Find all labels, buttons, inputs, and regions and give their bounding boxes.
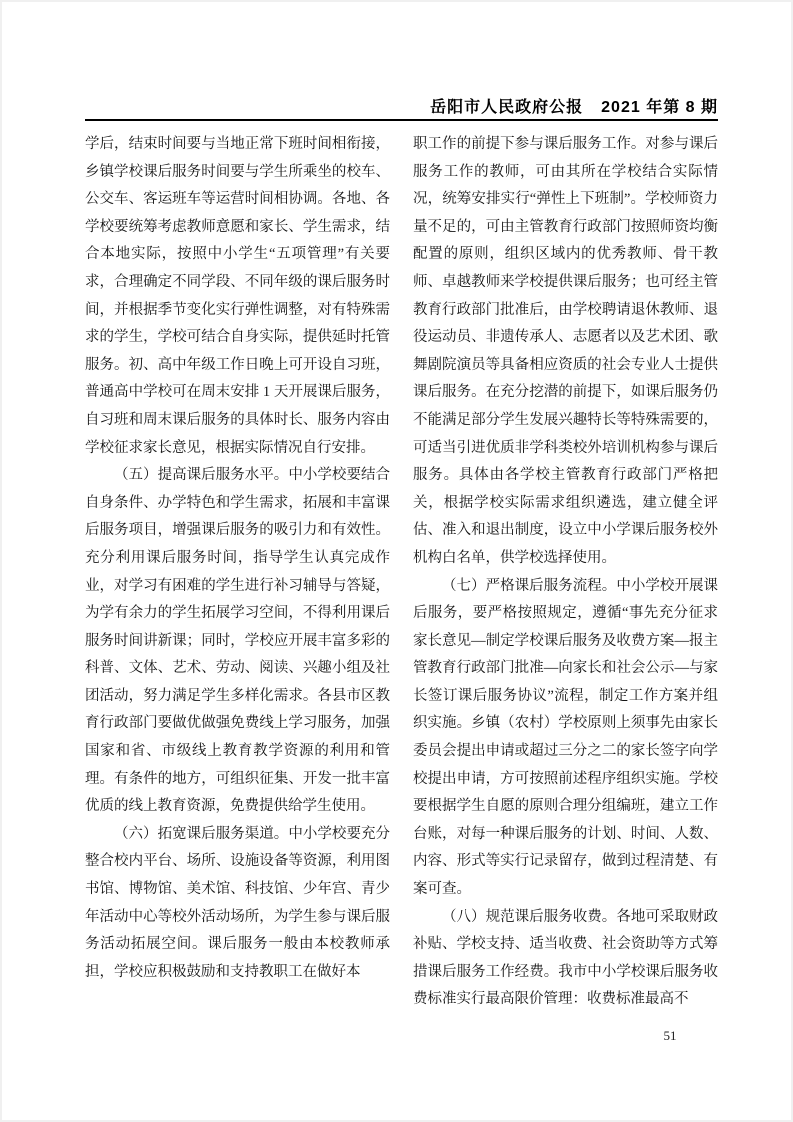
paragraph-continuation: 职工作的前提下参与课后服务工作。对参与课后服务工作的教师，可由其所在学校结合实际… (413, 131, 718, 573)
paragraph-section-6: （六）拓宽课后服务渠道。中小学校要充分整合校内平台、场所、设施设备等资源，利用图… (85, 821, 390, 987)
issue-label: 2021 年第 8 期 (601, 99, 718, 116)
gazette-page: 岳阳市人民政府公报2021 年第 8 期 学后，结束时间要与当地正常下班时间相衔… (0, 0, 793, 1122)
header-rule (85, 119, 718, 121)
paragraph-continuation: 学后，结束时间要与当地正常下班时间相衔接，乡镇学校课后服务时间要与学生所乘坐的校… (85, 131, 390, 462)
paragraph-section-5: （五）提高课后服务水平。中小学校要结合自身条件、办学特色和学生需求，拓展和丰富课… (85, 462, 390, 821)
page-number: 51 (650, 1028, 690, 1044)
left-column: 学后，结束时间要与当地正常下班时间相衔接，乡镇学校课后服务时间要与学生所乘坐的校… (85, 131, 390, 1014)
body-columns: 学后，结束时间要与当地正常下班时间相衔接，乡镇学校课后服务时间要与学生所乘坐的校… (85, 131, 718, 1014)
page-header: 岳阳市人民政府公报2021 年第 8 期 (85, 94, 718, 117)
gazette-title: 岳阳市人民政府公报 (430, 99, 583, 116)
right-column: 职工作的前提下参与课后服务工作。对参与课后服务工作的教师，可由其所在学校结合实际… (413, 131, 718, 1014)
paragraph-section-7: （七）严格课后服务流程。中小学校开展课后服务，要严格按照规定，遵循“事先充分征求… (413, 573, 718, 904)
paragraph-section-8: （八）规范课后服务收费。各地可采取财政补贴、学校支持、适当收费、社会资助等方式筹… (413, 904, 718, 1014)
